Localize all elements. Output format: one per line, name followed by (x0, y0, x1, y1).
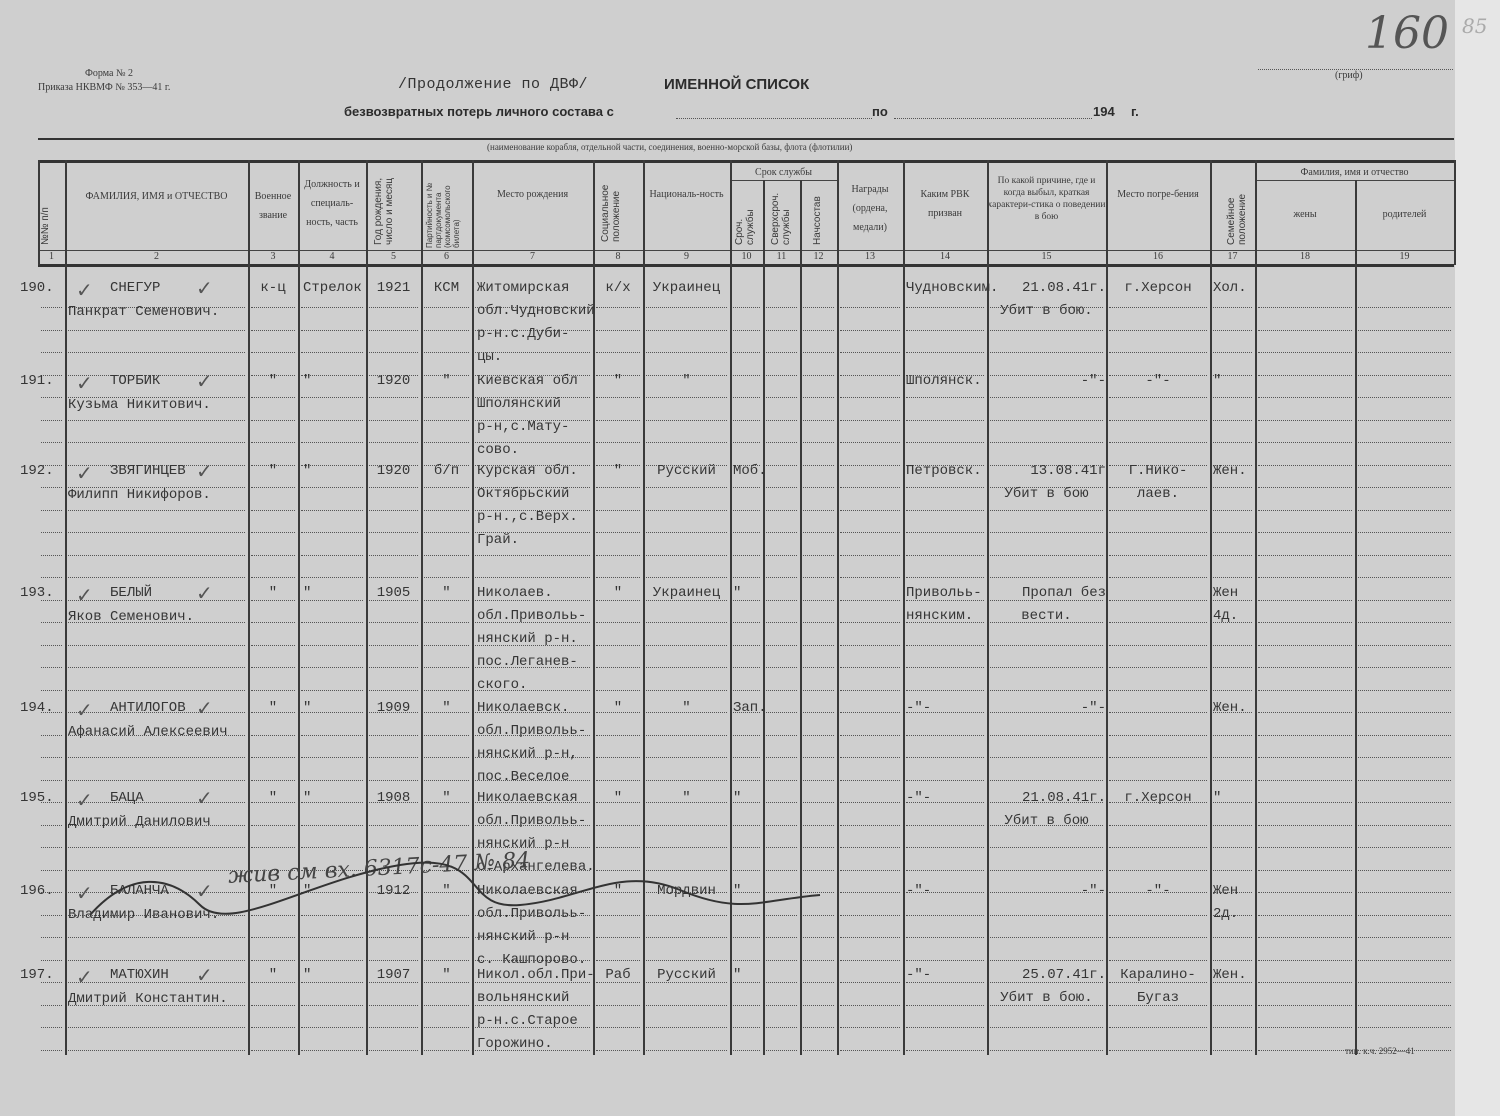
guide-line (596, 645, 640, 646)
col-line (1355, 180, 1357, 1055)
nationality: Русский (643, 463, 730, 479)
guide-line (1358, 307, 1451, 308)
birthplace-line: р-н.с.Дуби- (477, 326, 569, 342)
guide-line (766, 757, 797, 758)
col-number: 19 (1355, 250, 1454, 264)
surname: ЗВЯГИНЦЕВ (110, 463, 186, 479)
guide-line (840, 847, 900, 848)
guide-line (1109, 712, 1207, 713)
guide-line (68, 1050, 245, 1051)
family-status-line: " (1213, 373, 1221, 389)
guide-line (990, 352, 1103, 353)
guide-line (369, 397, 418, 398)
unit-name-line (38, 138, 1454, 140)
guide-line (251, 532, 295, 533)
col-header-19: родителей (1355, 205, 1454, 224)
military-rank: " (248, 967, 298, 983)
birthplace-line: обл.Привольь- (477, 608, 586, 624)
guide-line (906, 780, 984, 781)
guide-line (1358, 757, 1451, 758)
social-status: " (593, 585, 643, 601)
col-header-2: ФАМИЛИЯ, ИМЯ и ОТЧЕСТВО (65, 187, 248, 206)
guide-line (803, 352, 834, 353)
guide-line (906, 960, 984, 961)
surname: ТОРБИК (110, 373, 160, 389)
surname: БЕЛЫЙ (110, 585, 152, 601)
col-number: 18 (1255, 250, 1355, 264)
guide-line (68, 802, 245, 803)
guide-line (840, 712, 900, 713)
guide-line (301, 825, 363, 826)
guide-line (1258, 982, 1352, 983)
guide-line (1358, 487, 1451, 488)
check-mark-icon: ✓ (196, 369, 213, 393)
guide-line (251, 307, 295, 308)
social-status: к/х (593, 280, 643, 296)
guide-line (1258, 577, 1352, 578)
col-number: 4 (298, 250, 366, 264)
guide-line (68, 330, 245, 331)
guide-line (1258, 735, 1352, 736)
guide-line (1258, 510, 1352, 511)
guide-line (1109, 600, 1207, 601)
guide-line (1213, 307, 1252, 308)
guide-line (596, 420, 640, 421)
guide-line (1258, 397, 1352, 398)
guide-line (766, 1050, 797, 1051)
birthplace-line: Горожино. (477, 1036, 553, 1052)
guide-line (1213, 532, 1252, 533)
guide-line (251, 667, 295, 668)
guide-line (990, 397, 1103, 398)
guide-line (1358, 510, 1451, 511)
position: " (303, 967, 311, 983)
birthplace-line: обл.Чудновский (477, 303, 595, 319)
check-mark-icon: ✓ (196, 963, 213, 987)
family-status-line: Жен (1213, 585, 1238, 601)
guide-line (646, 307, 727, 308)
guide-line (301, 1027, 363, 1028)
guide-line (990, 532, 1103, 533)
guide-line (1109, 847, 1207, 848)
col-number: 6 (421, 250, 472, 264)
guide-line (1109, 915, 1207, 916)
family-status-line: 2д. (1213, 906, 1238, 922)
guide-line (646, 780, 727, 781)
guide-line (1213, 825, 1252, 826)
birthplace-line: обл.Привольь- (477, 813, 586, 829)
position: " (303, 373, 311, 389)
party-membership: " (421, 967, 472, 983)
guide-line (1109, 825, 1207, 826)
guide-line (733, 735, 760, 736)
nationality: " (643, 373, 730, 389)
guide-line (41, 510, 62, 511)
guide-line (733, 555, 760, 556)
guide-line (424, 622, 469, 623)
col-number: 5 (366, 250, 421, 264)
guide-line (906, 577, 984, 578)
guide-line (803, 847, 834, 848)
col-line (1255, 160, 1257, 1055)
family-status-line: Хол. (1213, 280, 1247, 296)
guide-line (369, 442, 418, 443)
guide-line (766, 937, 797, 938)
guide-line (733, 442, 760, 443)
guide-line (733, 757, 760, 758)
guide-line (1358, 960, 1451, 961)
guide-line (766, 307, 797, 308)
col-line (903, 160, 905, 1055)
guide-line (990, 645, 1103, 646)
guide-line (68, 420, 245, 421)
guide-line (369, 1027, 418, 1028)
guide-line (596, 307, 640, 308)
guide-line (424, 937, 469, 938)
guide-line (596, 690, 640, 691)
guide-line (251, 397, 295, 398)
guide-line (41, 847, 62, 848)
guide-line (803, 712, 834, 713)
guide-line (840, 892, 900, 893)
military-rank: " (248, 700, 298, 716)
guide-line (424, 420, 469, 421)
guide-line (906, 510, 984, 511)
guide-line (766, 982, 797, 983)
guide-line (596, 1005, 640, 1006)
guide-line (646, 1027, 727, 1028)
service-term: " (733, 790, 741, 806)
guide-line (1109, 937, 1207, 938)
guide-line (369, 690, 418, 691)
guide-line (1109, 397, 1207, 398)
birthplace-line: Николаевск. (477, 700, 569, 716)
guide-line (803, 465, 834, 466)
surname: АНТИЛОГОВ (110, 700, 186, 716)
col-line (1210, 160, 1212, 1055)
guide-line (646, 487, 727, 488)
guide-line (766, 847, 797, 848)
guide-line (301, 622, 363, 623)
guide-line (41, 757, 62, 758)
party-membership: КСМ (421, 280, 472, 296)
guide-line (840, 780, 900, 781)
guide-line (424, 825, 469, 826)
guide-line (424, 780, 469, 781)
guide-line (41, 667, 62, 668)
guide-line (1258, 532, 1352, 533)
guide-line (251, 847, 295, 848)
guide-line (251, 937, 295, 938)
order-reference: Приказа НКВМФ № 353—41 г. (38, 82, 170, 93)
check-mark-icon: ✓ (76, 461, 93, 485)
guide-line (1109, 532, 1207, 533)
guide-line (906, 420, 984, 421)
social-status: " (593, 790, 643, 806)
guide-line (906, 352, 984, 353)
guide-line (41, 307, 62, 308)
birthplace-line: вольнянский (477, 990, 569, 1006)
guide-line (646, 690, 727, 691)
guide-line (68, 510, 245, 511)
row-number: 197. (20, 967, 54, 983)
guide-line (766, 510, 797, 511)
row-number: 195. (20, 790, 54, 806)
guide-line (840, 735, 900, 736)
draft-office-line: нянским. (906, 608, 973, 624)
guide-line (369, 532, 418, 533)
guide-line (733, 420, 760, 421)
guide-line (646, 757, 727, 758)
row-number: 192. (20, 463, 54, 479)
guide-line (906, 532, 984, 533)
birthplace-line: Николаев. (477, 585, 553, 601)
military-rank: " (248, 790, 298, 806)
guide-line (1109, 1027, 1207, 1028)
guide-line (251, 577, 295, 578)
guide-line (424, 1027, 469, 1028)
guide-line (251, 510, 295, 511)
guide-line (369, 825, 418, 826)
birthplace-line: с. Кашпорово. (477, 952, 586, 968)
guide-line (1358, 892, 1451, 893)
guide-line (646, 420, 727, 421)
guide-line (596, 780, 640, 781)
guide-line (424, 667, 469, 668)
given-names: Яков Семенович. (68, 609, 194, 625)
guide-line (803, 330, 834, 331)
header-bottom-border (38, 264, 1454, 267)
guide-line (646, 1050, 727, 1051)
guide-line (1358, 735, 1451, 736)
guide-line (1258, 757, 1352, 758)
reason-line: -"- (987, 700, 1106, 716)
reason-line: Пропал без (987, 585, 1106, 601)
burial-place-line: Г.Нико- (1108, 463, 1208, 479)
check-mark-icon: ✓ (196, 786, 213, 810)
birthplace-line: Никол.обл.При- (477, 967, 595, 983)
guide-line (41, 960, 62, 961)
guide-line (369, 735, 418, 736)
guide-line (840, 622, 900, 623)
guide-line (906, 757, 984, 758)
guide-line (41, 487, 62, 488)
col-header-18: жены (1255, 205, 1355, 224)
guide-line (369, 1005, 418, 1006)
guide-line (990, 510, 1103, 511)
guide-line (68, 667, 245, 668)
guide-line (301, 555, 363, 556)
guide-line (906, 645, 984, 646)
guide-line (1258, 487, 1352, 488)
guide-line (766, 1027, 797, 1028)
guide-line (766, 330, 797, 331)
guide-line (369, 555, 418, 556)
guide-line (596, 1050, 640, 1051)
subtitle-prefix: безвозвратных потерь личного состава с (344, 104, 614, 119)
guide-line (1258, 442, 1352, 443)
guide-line (803, 577, 834, 578)
birth-year: 1905 (366, 585, 421, 601)
guide-line (646, 622, 727, 623)
guide-line (646, 352, 727, 353)
reason-line: -"- (987, 883, 1106, 899)
guide-line (1213, 870, 1252, 871)
guide-line (301, 690, 363, 691)
guide-line (990, 915, 1103, 916)
given-names: Дмитрий Данилович (68, 814, 211, 830)
guide-line (646, 577, 727, 578)
guide-line (1213, 690, 1252, 691)
guide-line (301, 442, 363, 443)
col-group-relatives: Фамилия, имя и отчество (1255, 163, 1454, 182)
col-number: 15 (987, 250, 1106, 264)
guide-line (68, 847, 245, 848)
surname: БАЦА (110, 790, 144, 806)
guide-line (1258, 1027, 1352, 1028)
guide-line (424, 690, 469, 691)
guide-line (766, 465, 797, 466)
guide-line (41, 645, 62, 646)
guide-line (1258, 712, 1352, 713)
guide-line (840, 645, 900, 646)
reason-line: 21.08.41г. (987, 790, 1106, 806)
birthplace-line: обл.Привольь- (477, 723, 586, 739)
guide-line (1358, 915, 1451, 916)
guide-line (1213, 1050, 1252, 1051)
guide-line (733, 825, 760, 826)
guide-line (596, 757, 640, 758)
guide-line (424, 1050, 469, 1051)
guide-line (803, 307, 834, 308)
family-status-line: " (1213, 790, 1221, 806)
guide-line (906, 397, 984, 398)
guide-line (369, 622, 418, 623)
guide-line (906, 307, 984, 308)
reason-line: вести. (987, 608, 1106, 624)
guide-line (301, 757, 363, 758)
guide-line (301, 487, 363, 488)
guide-line (424, 735, 469, 736)
guide-line (41, 1027, 62, 1028)
guide-line (251, 420, 295, 421)
guide-line (369, 420, 418, 421)
given-names: Филипп Никифоров. (68, 487, 211, 503)
guide-line (369, 330, 418, 331)
guide-line (596, 847, 640, 848)
guide-line (840, 555, 900, 556)
family-status-line: Жен (1213, 883, 1238, 899)
col-header-10: Сроч. службы (734, 185, 756, 245)
printer-mark: тип. к.ч. 2952—41 (1345, 1046, 1415, 1056)
guide-line (1358, 667, 1451, 668)
social-status: " (593, 700, 643, 716)
position: Стрелок (303, 280, 362, 296)
guide-line (1358, 690, 1451, 691)
service-term: Зап. (733, 700, 767, 716)
guide-line (68, 1027, 245, 1028)
guide-line (840, 442, 900, 443)
burial-place-line: Каралино- (1108, 967, 1208, 983)
guide-line (369, 960, 418, 961)
guide-line (1109, 622, 1207, 623)
guide-line (733, 307, 760, 308)
guide-line (733, 577, 760, 578)
guide-line (803, 690, 834, 691)
col-header-11: Сверхсроч. службы (770, 185, 792, 245)
guide-line (369, 1050, 418, 1051)
guide-line (41, 577, 62, 578)
guide-line (646, 645, 727, 646)
guide-line (840, 420, 900, 421)
guide-line (990, 757, 1103, 758)
guide-line (766, 735, 797, 736)
col-number: 8 (593, 250, 643, 264)
birthplace-line: Курская обл. (477, 463, 578, 479)
guide-line (766, 555, 797, 556)
draft-office-line: Шполянск. (906, 373, 982, 389)
guide-line (1258, 1005, 1352, 1006)
guide-line (41, 532, 62, 533)
guide-line (906, 825, 984, 826)
guide-line (596, 510, 640, 511)
guide-line (1358, 330, 1451, 331)
guide-line (906, 735, 984, 736)
guide-line (803, 982, 834, 983)
guide-line (990, 442, 1103, 443)
guide-line (369, 667, 418, 668)
guide-line (733, 330, 760, 331)
guide-line (840, 1050, 900, 1051)
check-mark-icon: ✓ (76, 278, 93, 302)
guide-line (766, 622, 797, 623)
guide-line (1258, 600, 1352, 601)
guide-line (369, 487, 418, 488)
guide-line (301, 735, 363, 736)
guide-line (766, 667, 797, 668)
check-mark-icon: ✓ (76, 698, 93, 722)
guide-line (733, 645, 760, 646)
military-rank: " (248, 585, 298, 601)
date-to-field (894, 118, 1092, 119)
guide-line (840, 510, 900, 511)
guide-line (41, 330, 62, 331)
col-number: 3 (248, 250, 298, 264)
check-mark-icon: ✓ (196, 459, 213, 483)
party-membership: б/п (421, 463, 472, 479)
guide-line (1358, 825, 1451, 826)
guide-line (41, 622, 62, 623)
guide-line (1358, 802, 1451, 803)
guide-line (1358, 712, 1451, 713)
col-number: 13 (837, 250, 903, 264)
guide-line (766, 420, 797, 421)
draft-office-line: Петровск. (906, 463, 982, 479)
guide-line (1213, 1027, 1252, 1028)
row-number: 196. (20, 883, 54, 899)
guide-line (803, 645, 834, 646)
col-header-7: Место рождения (472, 185, 593, 204)
subtitle-to: по (872, 104, 888, 119)
col-line (1454, 160, 1456, 265)
check-mark-icon: ✓ (196, 581, 213, 605)
guide-line (840, 690, 900, 691)
guide-line (41, 442, 62, 443)
guide-line (803, 735, 834, 736)
guide-line (1109, 667, 1207, 668)
guide-line (251, 555, 295, 556)
guide-line (840, 600, 900, 601)
